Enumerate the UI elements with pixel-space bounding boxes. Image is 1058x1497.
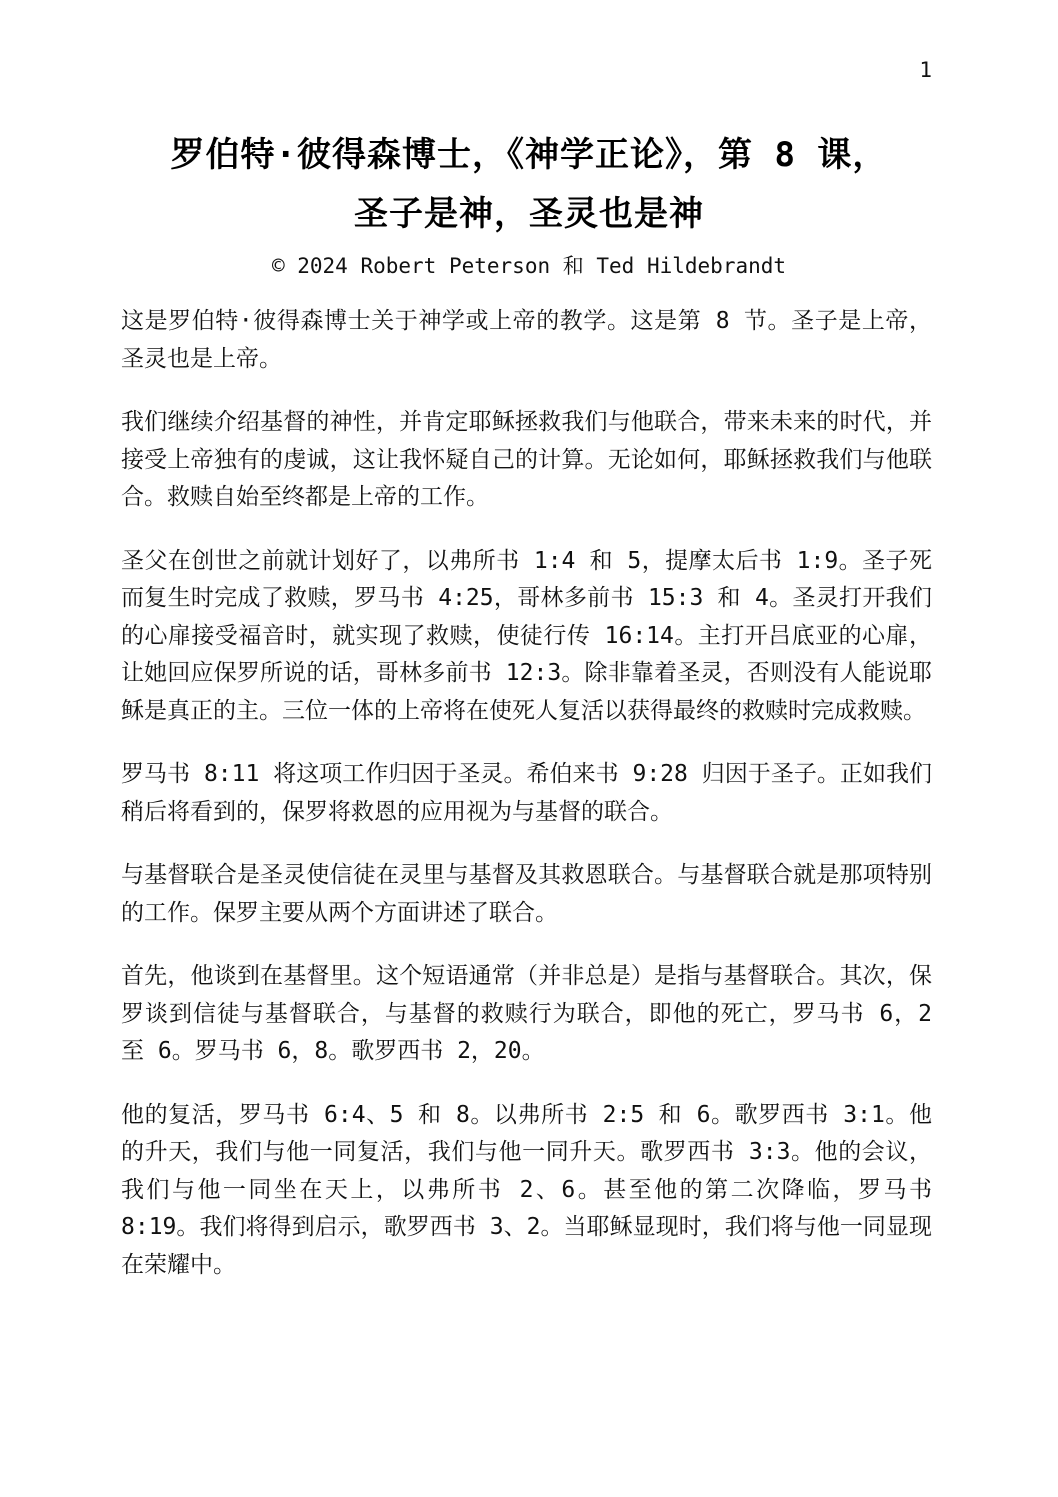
- document-body: 这是罗伯特·彼得森博士关于神学或上帝的教学。这是第 8 节。圣子是上帝，圣灵也是…: [121, 303, 932, 1284]
- title-line-1: 罗伯特·彼得森博士，《神学正论》，第 8 课，: [70, 126, 988, 185]
- page-number: 1: [919, 58, 932, 82]
- paragraph-5: 与基督联合是圣灵使信徒在灵里与基督及其救恩联合。与基督联合就是那项特别的工作。保…: [121, 857, 932, 932]
- paragraph-1: 这是罗伯特·彼得森博士关于神学或上帝的教学。这是第 8 节。圣子是上帝，圣灵也是…: [121, 303, 932, 378]
- paragraph-6: 首先，他谈到在基督里。这个短语通常（并非总是）是指与基督联合。其次，保罗谈到信徒…: [121, 958, 932, 1071]
- document-title: 罗伯特·彼得森博士，《神学正论》，第 8 课， 圣子是神，圣灵也是神: [70, 126, 988, 244]
- paragraph-7: 他的复活，罗马书 6:4、5 和 8。以弗所书 2:5 和 6。歌罗西书 3:1…: [121, 1097, 932, 1285]
- paragraph-3: 圣父在创世之前就计划好了，以弗所书 1:4 和 5，提摩太后书 1:9。圣子死而…: [121, 543, 932, 731]
- copyright-line: © 2024 Robert Peterson 和 Ted Hildebrandt: [0, 254, 1058, 279]
- document-page: 1 罗伯特·彼得森博士，《神学正论》，第 8 课， 圣子是神，圣灵也是神 © 2…: [0, 0, 1058, 1497]
- paragraph-2: 我们继续介绍基督的神性，并肯定耶稣拯救我们与他联合，带来未来的时代，并接受上帝独…: [121, 404, 932, 517]
- paragraph-4: 罗马书 8:11 将这项工作归因于圣灵。希伯来书 9:28 归因于圣子。正如我们…: [121, 756, 932, 831]
- title-line-2: 圣子是神，圣灵也是神: [70, 185, 988, 244]
